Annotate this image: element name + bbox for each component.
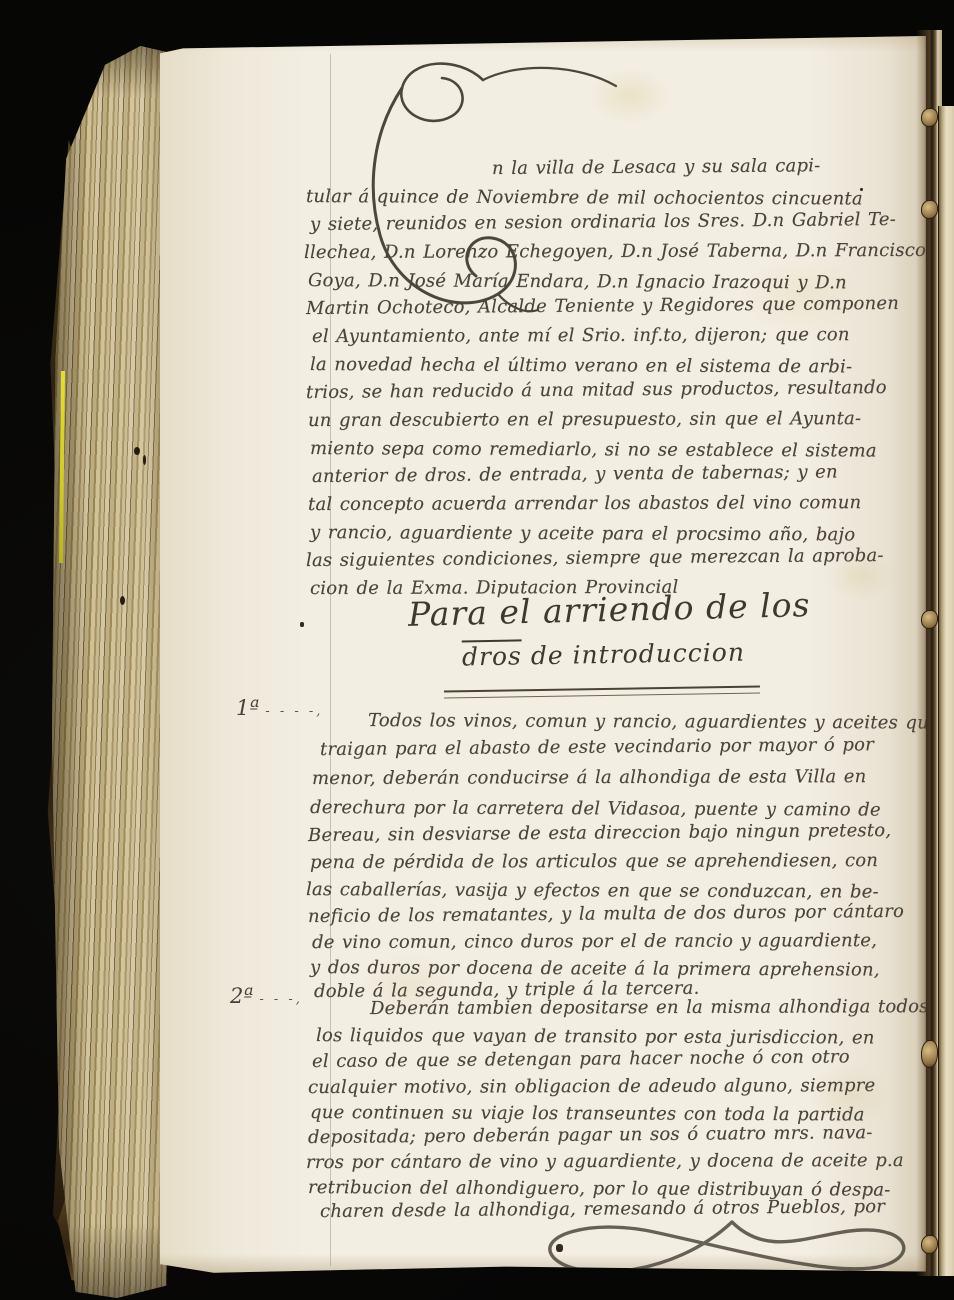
manuscript-line: un gran descubierto en el presupuesto, s… [308, 408, 861, 431]
sewing-knob [921, 610, 938, 629]
sewing-knob [921, 1235, 938, 1254]
end-flourish [532, 1212, 932, 1284]
manuscript-line: tal concepto acuerda arrendar los abasto… [308, 492, 861, 515]
manuscript-line: la novedad hecha el último verano en el … [310, 354, 852, 377]
manuscript-line: las caballerías, vasija y efectos en que… [306, 879, 879, 902]
edge-speck [134, 447, 140, 455]
sewing-knob [921, 108, 938, 127]
condition-1-marker: 1ª- - - -, [236, 696, 323, 720]
opposite-page-edge [938, 106, 954, 1276]
manuscript-line: miento sepa como remediarlo, si no se es… [310, 438, 877, 461]
manuscript-line: Martin Ochoteco, Alcalde Teniente y Regi… [306, 293, 899, 319]
manuscript-line: traigan para el abasto de este vecindari… [320, 734, 874, 760]
manuscript-line: los liquidos que vayan de transito por e… [316, 1025, 875, 1048]
manuscript-line: Deberán tambien depositarse en la misma … [370, 996, 929, 1019]
manuscript-line: menor, deberán conducirse á la alhondiga… [312, 766, 866, 789]
dotted-leader: - - -, [259, 992, 303, 1007]
manuscript-line: neficio de los rematantes, y la multa de… [308, 901, 904, 927]
condition-number: 1ª [236, 696, 259, 720]
condition-2-marker: 2ª- - -, [230, 984, 303, 1008]
manuscript-line: el Ayuntamiento, ante mí el Srio. inf.to… [312, 324, 850, 347]
manuscript-line: n la villa de Lesaca y su sala capi- [492, 155, 821, 179]
condition-number: 2ª [230, 984, 253, 1008]
manuscript-line: y siete, reunidos en sesion ordinaria lo… [310, 209, 896, 235]
manuscript-line: de vino comun, cinco duros por el de ran… [312, 930, 877, 953]
section-heading-line2: dros de introduccion [462, 638, 745, 672]
edge-speck [143, 455, 146, 465]
pen-flourish-icon [532, 1212, 932, 1284]
ink-speck [860, 188, 863, 191]
sewing-knob [921, 200, 938, 219]
manuscript-line: anterior de dros. de entrada, y venta de… [312, 461, 838, 487]
manuscript-line: Bereau, sin desviarse de esta direccion … [308, 820, 891, 846]
manuscript-page: E n la villa de Lesaca y su sala capi- t… [160, 36, 926, 1274]
manuscript-line: rros por cántaro de vino y aguardiente, … [306, 1150, 904, 1173]
manuscript-line: Goya, D.n José María Endara, D.n Ignacio… [308, 270, 847, 293]
manuscript-line: depositada; pero deberán pagar un sos ó … [308, 1122, 873, 1148]
manuscript-line: Todos los vinos, comun y rancio, aguardi… [368, 710, 954, 734]
heading-line2-rest: de introduccion [522, 638, 746, 671]
scanned-book-photo: E n la villa de Lesaca y su sala capi- t… [0, 0, 954, 1300]
heading-underline [444, 686, 760, 699]
manuscript-line: y rancio, aguardiente y aceite para el p… [310, 522, 855, 545]
manuscript-line: el caso de que se detengan para hacer no… [312, 1046, 850, 1072]
sewing-knob [921, 1040, 938, 1068]
manuscript-line: trios, se han reducido á una mitad sus p… [306, 377, 887, 403]
ink-speck [300, 622, 304, 627]
page-edges-stack [52, 46, 170, 1298]
manuscript-line: derechura por la carretera del Vidasoa, … [310, 797, 881, 820]
manuscript-line: las siguientes condiciones, siempre que … [306, 545, 884, 571]
edge-speck [120, 596, 125, 605]
ink-speck [556, 1244, 563, 1252]
manuscript-line: cualquier motivo, sin obligacion de adeu… [308, 1075, 875, 1098]
manuscript-line: llechea, D.n Lorenzo Echegoyen, D.n José… [304, 240, 926, 263]
manuscript-line: tular á quince de Noviembre de mil ochoc… [306, 186, 863, 209]
abbreviation-dros: dros [462, 641, 522, 671]
manuscript-line: pena de pérdida de los articulos que se … [310, 850, 878, 873]
manuscript-line: y dos duros por docena de aceite á la pr… [310, 957, 880, 980]
dotted-leader: - - - -, [265, 704, 323, 719]
